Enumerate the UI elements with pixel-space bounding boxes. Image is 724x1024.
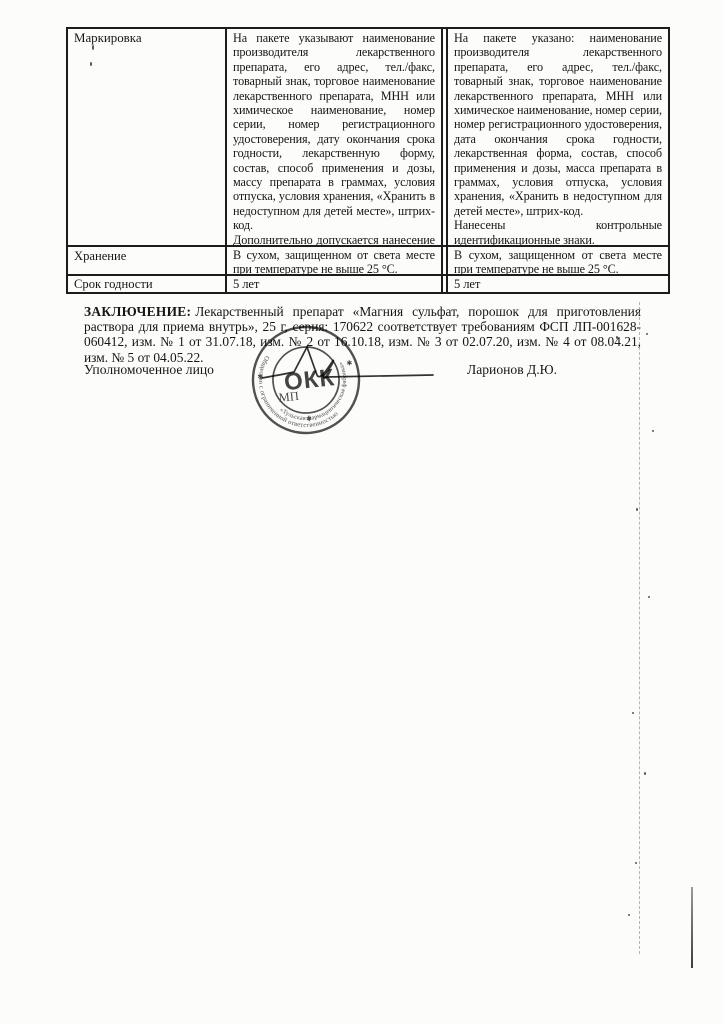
- stamp-star-bottom-icon: ✱: [306, 415, 313, 424]
- table-row-shelf-life: Срок годности 5 лет 5 лет: [68, 276, 668, 292]
- table-cell-shelf-life-label: Срок годности: [68, 276, 227, 292]
- shelf-life-label: Срок годности: [74, 277, 153, 291]
- marking-result-text: На пакете указано: наименование производ…: [454, 31, 662, 218]
- table-cell-storage-requirements: В сухом, защищенном от света месте при т…: [227, 247, 443, 274]
- scan-speck: [97, 356, 99, 358]
- scan-speck: [646, 333, 648, 335]
- scan-speck: [628, 914, 630, 916]
- stamp-star-right-icon: ✱: [346, 359, 353, 368]
- authorized-person-label: Уполномоченное лицо: [84, 362, 214, 378]
- okk-round-stamp: Общество с ограниченной ответственностью…: [244, 318, 367, 441]
- table-cell-marking-requirements: На пакете указывают наименование произво…: [227, 29, 443, 245]
- storage-label: Хранение: [74, 249, 126, 263]
- scan-speck: [616, 336, 618, 339]
- scan-speck: [652, 430, 654, 432]
- scan-artifact-dashed-line: [639, 302, 640, 954]
- storage-requirements-text: В сухом, защищенном от света месте при т…: [233, 249, 435, 274]
- marking-requirements-text: На пакете указывают наименование произво…: [233, 31, 435, 233]
- scan-speck: [644, 772, 646, 775]
- table-cell-marking-label: Маркировка: [68, 29, 227, 245]
- scan-speck: [632, 712, 634, 714]
- stamp-star-left-icon: ✱: [257, 372, 264, 381]
- scan-artifact-solid-line: [691, 887, 693, 968]
- scanned-document-page: Маркировка На пакете указывают наименова…: [0, 0, 724, 1024]
- scan-speck: [636, 508, 638, 511]
- storage-result-text: В сухом, защищенном от света месте при т…: [454, 249, 662, 274]
- shelf-life-requirements-text: 5 лет: [233, 277, 435, 291]
- table-cell-marking-result: На пакете указано: наименование производ…: [448, 29, 668, 245]
- marking-result-note: Нанесены контрольные идентификационные з…: [454, 218, 662, 245]
- shelf-life-result-text: 5 лет: [454, 277, 662, 291]
- scan-speck: [635, 862, 637, 864]
- table-cell-shelf-life-requirements: 5 лет: [227, 276, 443, 292]
- table-row-storage: Хранение В сухом, защищенном от света ме…: [68, 247, 668, 276]
- scan-speck: [648, 596, 650, 598]
- marking-label: Маркировка: [74, 31, 142, 45]
- stamp-mp-text: МП: [278, 389, 300, 405]
- authorized-person-name: Ларионов Д.Ю.: [467, 362, 557, 378]
- conclusion-heading: ЗАКЛЮЧЕНИЕ:: [84, 304, 191, 319]
- marking-requirements-note: Дополнительно допускается нанесение конт…: [233, 233, 435, 245]
- table-cell-storage-label: Хранение: [68, 247, 227, 274]
- table-cell-shelf-life-result: 5 лет: [448, 276, 668, 292]
- table-row-marking: Маркировка На пакете указывают наименова…: [68, 29, 668, 247]
- specification-table: Маркировка На пакете указывают наименова…: [66, 27, 670, 294]
- scan-speck: [90, 62, 92, 66]
- scan-speck: [92, 45, 94, 50]
- table-cell-storage-result: В сухом, защищенном от света месте при т…: [448, 247, 668, 274]
